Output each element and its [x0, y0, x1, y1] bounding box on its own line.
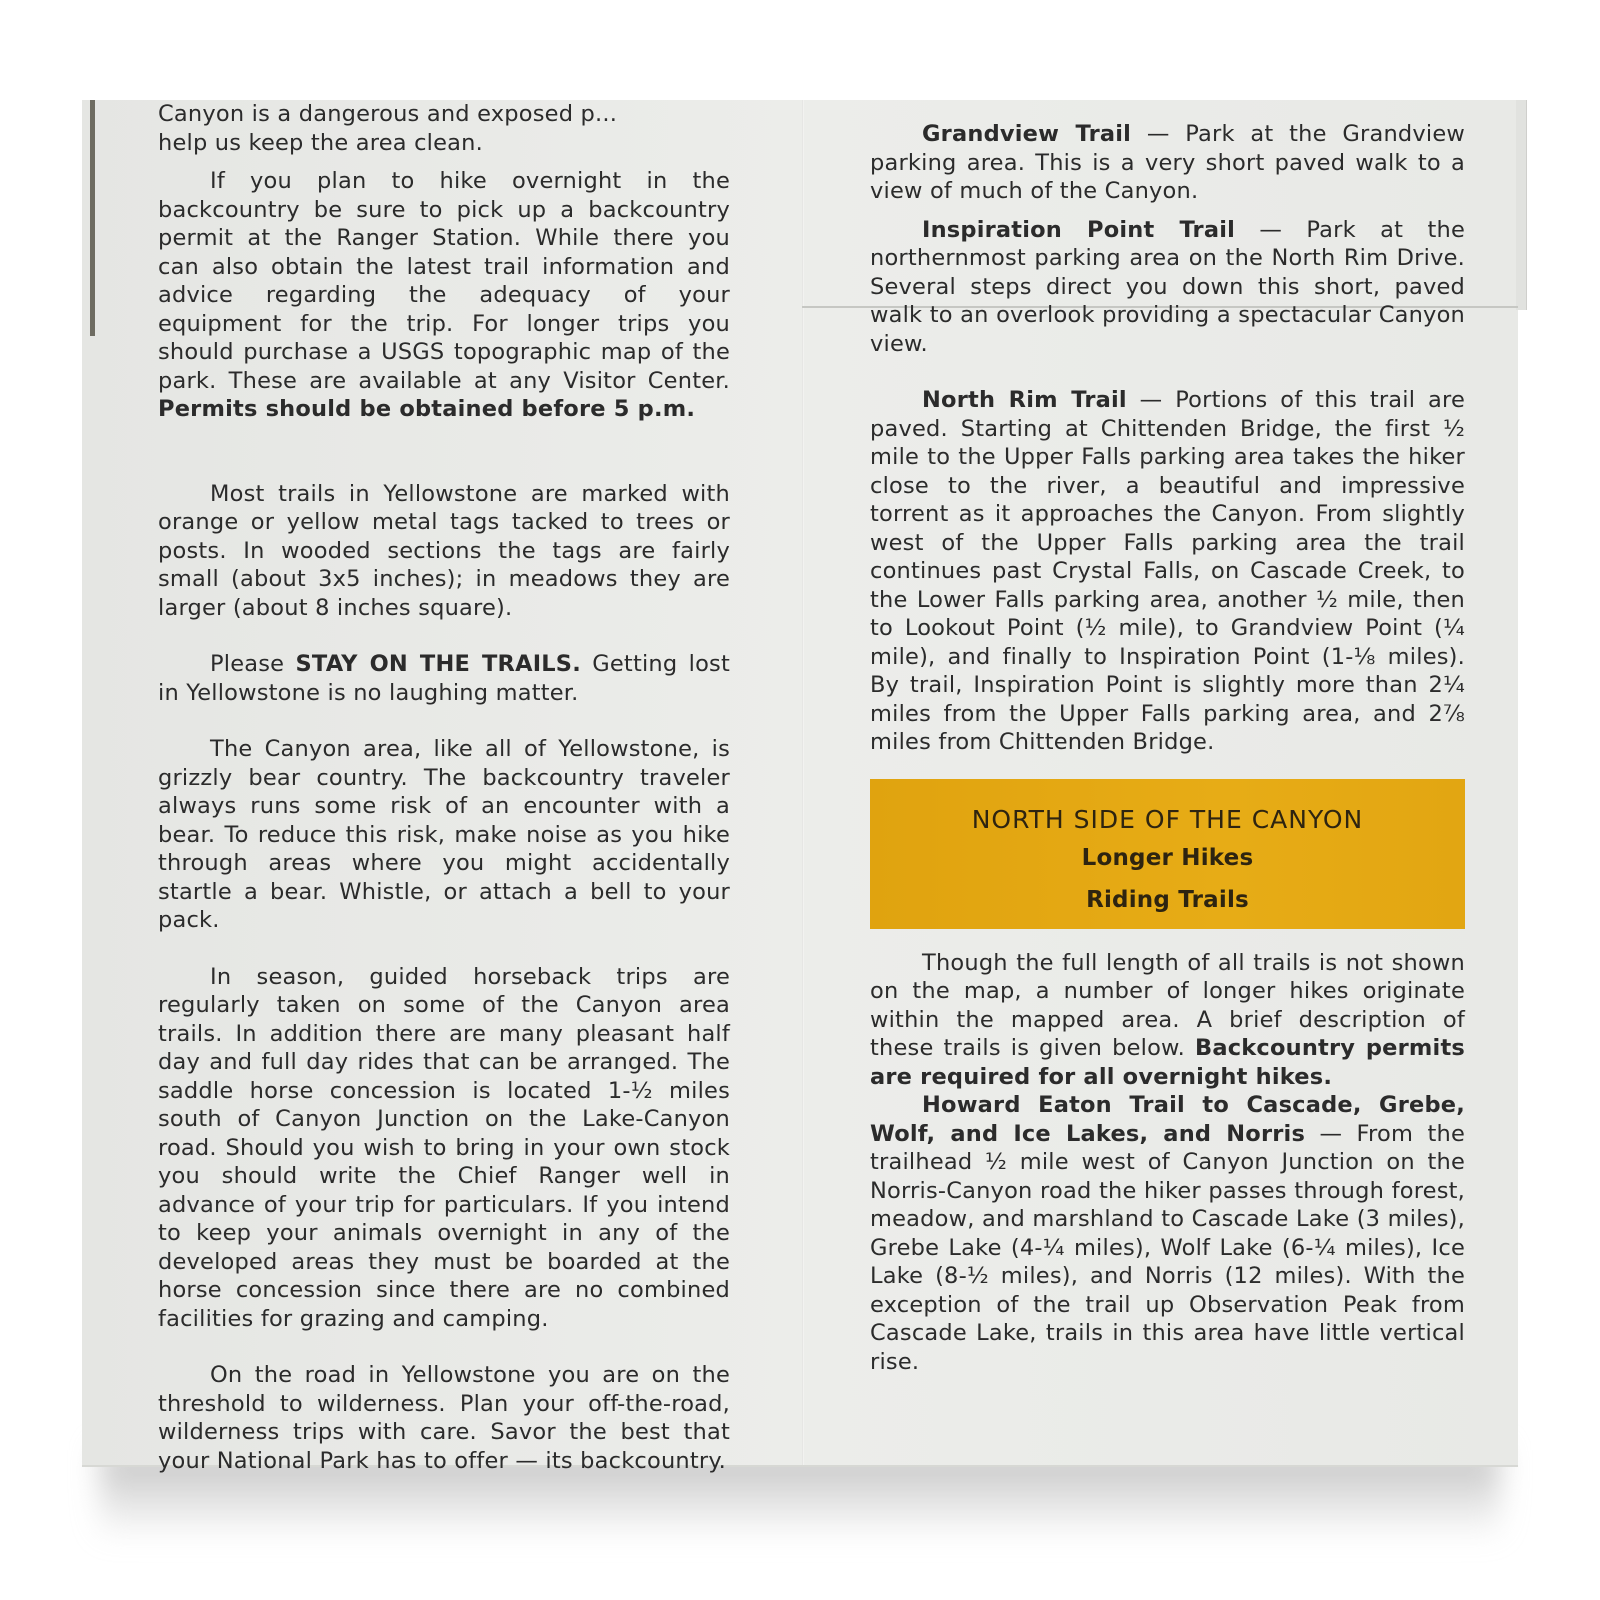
trail-name: Inspiration Point Trail [922, 217, 1235, 243]
partial-line: Canyon is a dangerous and exposed p... [158, 100, 730, 129]
paragraph-trail-markers: Most trails in Yellowstone are marked wi… [158, 480, 730, 623]
banner-title: NORTH SIDE OF THE CANYON [880, 803, 1455, 837]
banner-subtitle-riding: Riding Trails [880, 879, 1455, 921]
permit-deadline: Permits should be obtained before 5 p.m. [158, 396, 695, 422]
right-column: close to the falls. Grandview Trail — Pa… [870, 84, 1465, 1376]
folded-edge [90, 100, 95, 336]
trail-name: North Rim Trail [922, 387, 1127, 413]
paragraph-bears: The Canyon area, like all of Yellowstone… [158, 735, 730, 935]
howard-eaton-trail: Howard Eaton Trail to Cascade, Grebe, Wo… [870, 1091, 1465, 1376]
grandview-trail: Grandview Trail — Park at the Grandview … [870, 120, 1465, 206]
stay-on-trails-warning: STAY ON THE TRAILS. [296, 651, 581, 677]
paragraph-clean: help us keep the area clean. [158, 129, 730, 158]
background-top [0, 0, 1600, 100]
section-banner: NORTH SIDE OF THE CANYON Longer Hikes Ri… [870, 779, 1465, 929]
paragraph-wilderness: On the road in Yellowstone you are on th… [158, 1361, 730, 1475]
banner-subtitle-hikes: Longer Hikes [880, 837, 1455, 879]
center-fold-line [802, 100, 804, 1466]
paragraph-permit: If you plan to hike overnight in the bac… [158, 167, 730, 424]
north-rim-trail: North Rim Trail — Portions of this trail… [870, 386, 1465, 757]
trail-name: Grandview Trail [922, 121, 1131, 147]
paragraph-horseback: In season, guided horseback trips are re… [158, 963, 730, 1334]
inspiration-point-trail: Inspiration Point Trail — Park at the no… [870, 216, 1465, 359]
left-column: Canyon is a dangerous and exposed p... h… [158, 88, 730, 1475]
paragraph-longer-hikes-intro: Though the full length of all trails is … [870, 949, 1465, 1092]
paragraph-stay-on-trails: Please STAY ON THE TRAILS. Getting lost … [158, 650, 730, 707]
folded-flap [1516, 100, 1527, 310]
